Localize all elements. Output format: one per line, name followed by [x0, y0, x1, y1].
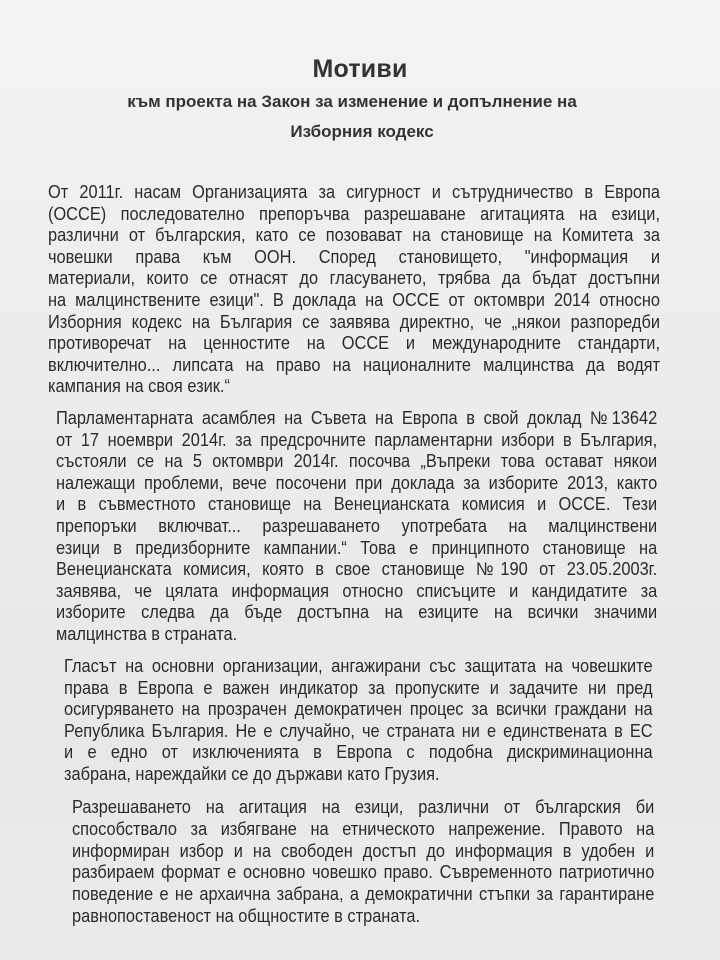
- text-line: на малцинствените езици". В доклада на О…: [48, 290, 660, 312]
- document-subtitle: към проекта на Закон за изменение и допъ…: [0, 92, 712, 112]
- text-line: изборите следва да бъде достъпна на езиц…: [56, 602, 657, 624]
- text-line: поведение е не архаична забрана, а демок…: [72, 884, 654, 906]
- text-line: Венецианската комисия, която в свое стан…: [56, 559, 657, 581]
- text-line: равнопоставеност на общностите в странат…: [72, 906, 654, 928]
- paragraph-conclusion: Разрешаването на агитация на езици, разл…: [72, 797, 654, 928]
- text-line: належащи проблеми, вече посочени при док…: [56, 473, 657, 495]
- text-line: осигуряването на прозрачен демократичен …: [64, 699, 653, 721]
- text-line: разбираем формат е основно човешко право…: [72, 862, 654, 884]
- text-line: заявява, че цялата информация относно сп…: [56, 581, 657, 603]
- text-line: От 2011г. насам Организацията за сигурно…: [48, 182, 660, 204]
- text-line: от 17 ноември 2014г. за предсрочните пар…: [56, 430, 657, 452]
- text-line: забрана, нареждайки се до държави като Г…: [64, 764, 653, 786]
- text-line: способствало за избягване на етническото…: [72, 819, 654, 841]
- paragraph-osce: От 2011г. насам Организацията за сигурно…: [48, 182, 660, 398]
- text-line: материали, които се отнасят до гласуване…: [48, 268, 660, 290]
- text-line: противоречат на ценностите на ОССЕ и меж…: [48, 333, 660, 355]
- document-subtitle-law-name: Изборния кодекс: [2, 122, 720, 142]
- text-line: информиран избор и на свободен достъп до…: [72, 841, 654, 863]
- text-line: и е едно от изключенията в Европа с подо…: [64, 742, 653, 764]
- text-line: и в съвместното становище на Венецианска…: [56, 494, 657, 516]
- text-line: кампания на своя език.“: [48, 376, 660, 398]
- text-line: състояли се на 5 октомври 2014г. посочва…: [56, 451, 657, 473]
- document-page: Мотиви към проекта на Закон за изменение…: [0, 0, 720, 960]
- text-line: Гласът на основни организации, ангажиран…: [64, 656, 653, 678]
- text-line: човешки права към ООН. Според становищет…: [48, 247, 660, 269]
- text-line: Разрешаването на агитация на езици, разл…: [72, 797, 654, 819]
- text-line: езици в предизборните кампании.“ Това е …: [56, 538, 657, 560]
- text-line: Изборния кодекс на България се заявява д…: [48, 312, 660, 334]
- text-line: малцинства в страната.: [56, 624, 657, 646]
- paragraph-pace: Парламентарната асамблея на Съвета на Ев…: [56, 408, 657, 646]
- text-line: препоръки включват... разрешаването упот…: [56, 516, 657, 538]
- text-line: различни от българския, като се позовава…: [48, 225, 660, 247]
- document-title: Мотиви: [0, 55, 720, 84]
- paragraph-human-rights: Гласът на основни организации, ангажиран…: [64, 656, 653, 786]
- text-line: включително... липсата на право на нацио…: [48, 355, 660, 377]
- text-line: (ОССЕ) последователно препоръчва разреша…: [48, 204, 660, 226]
- text-line: права в Европа е важен индикатор за проп…: [64, 678, 653, 700]
- text-line: Република България. Не е случайно, че ст…: [64, 721, 653, 743]
- text-line: Парламентарната асамблея на Съвета на Ев…: [56, 408, 657, 430]
